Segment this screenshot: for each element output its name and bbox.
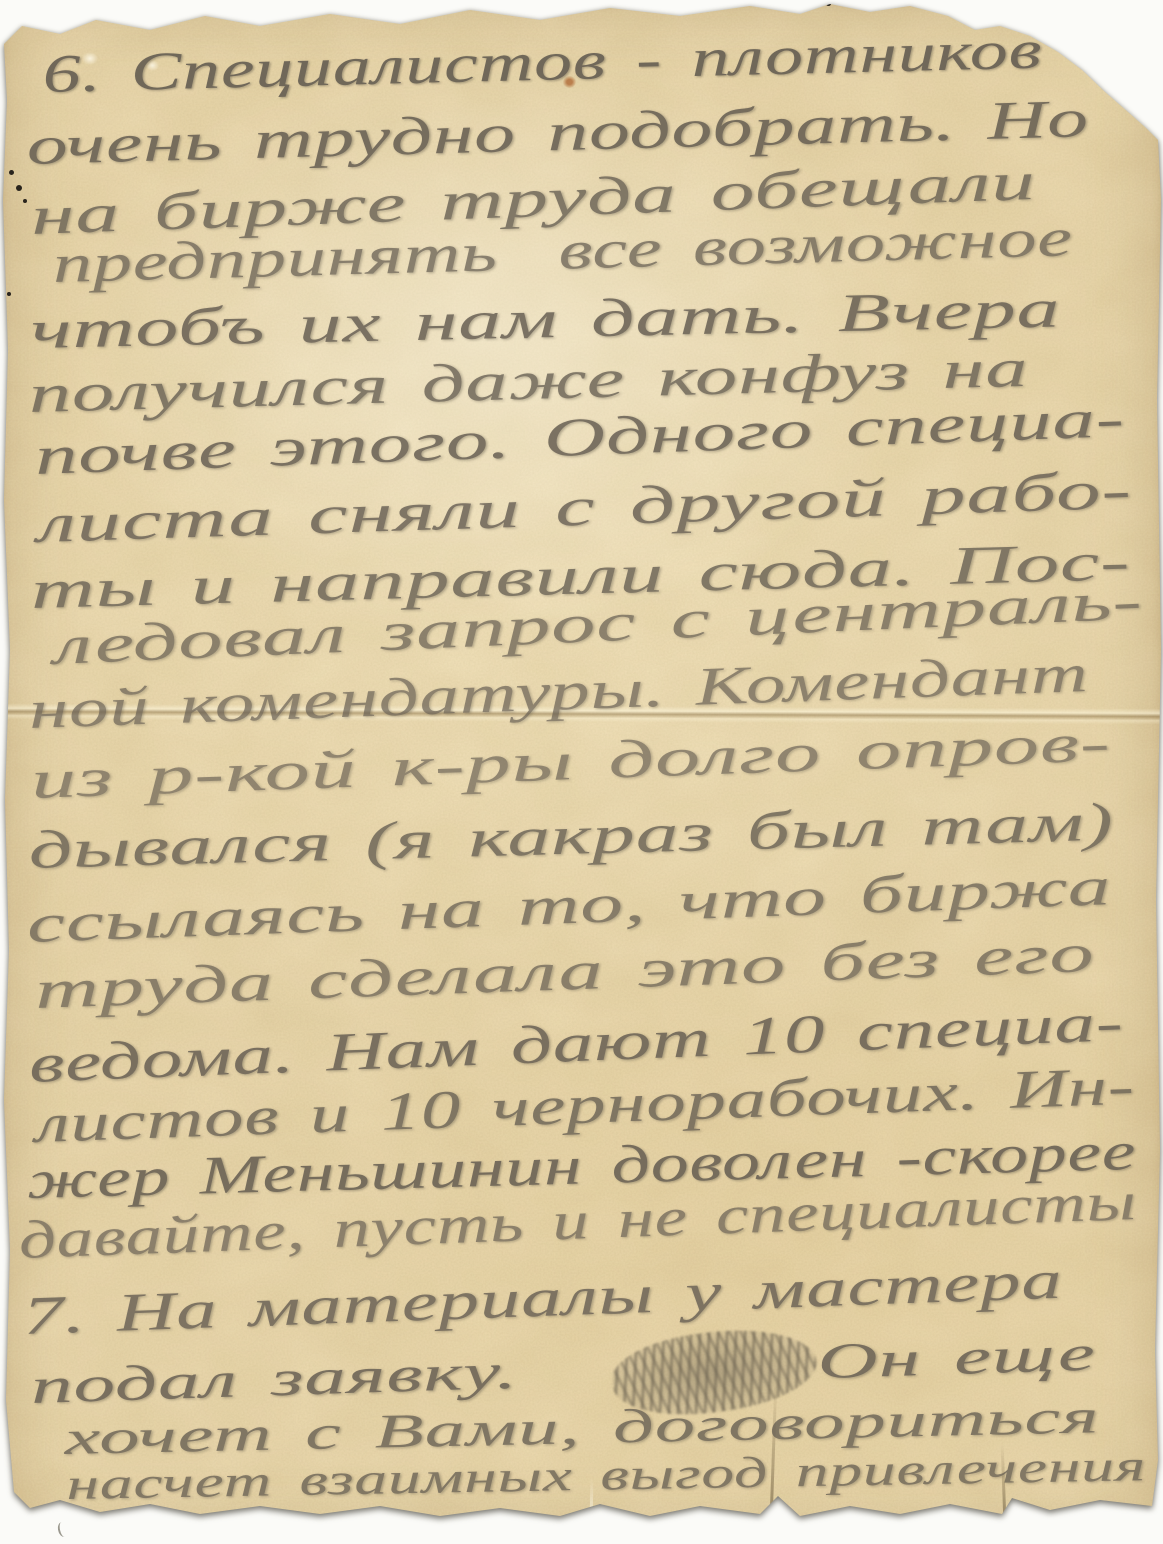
scan-page: 6. Специалистов - плотниковочень трудно … [0, 0, 1163, 1544]
paper-sheet: 6. Специалистов - плотниковочень трудно … [0, 0, 1163, 1544]
ink-speck [851, 4, 855, 7]
handwriting-layer: 6. Специалистов - плотниковочень трудно … [0, 0, 1163, 1544]
handwritten-line-1: 6. Специалистов - плотников [42, 22, 1043, 103]
paper-wrapper: 6. Специалистов - плотниковочень трудно … [0, 0, 1163, 1544]
